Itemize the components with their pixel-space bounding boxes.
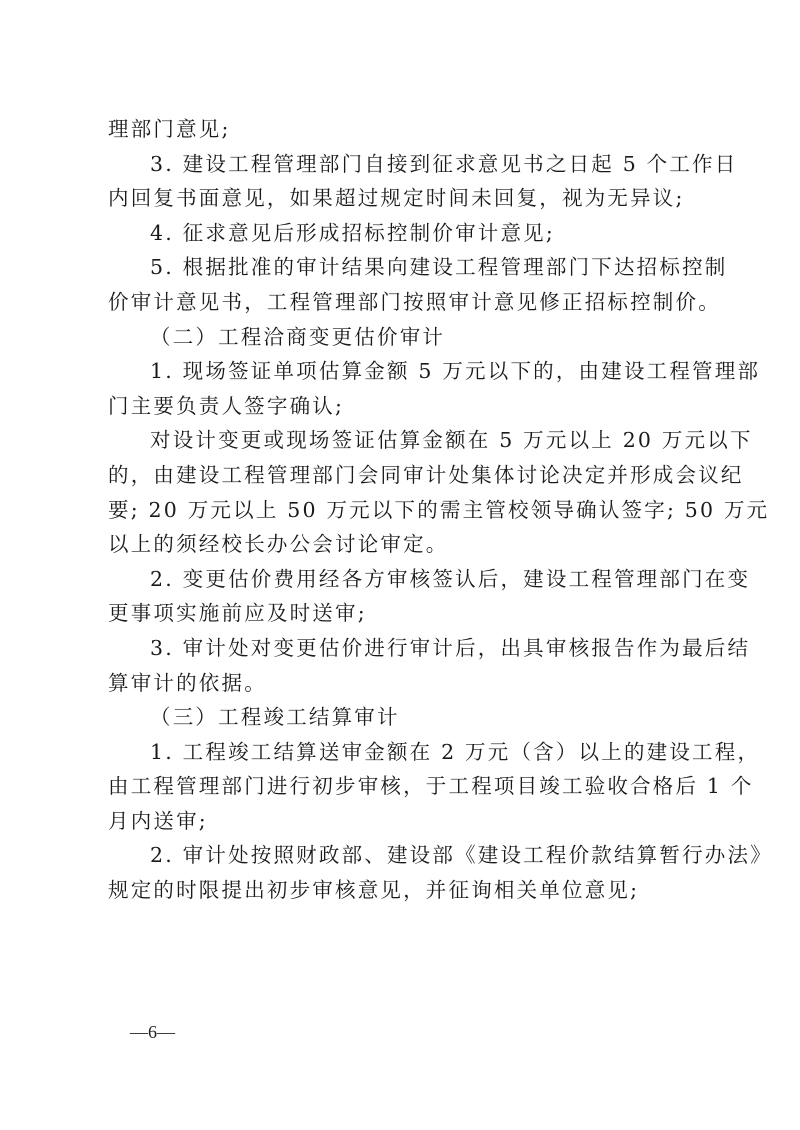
text-line: 2. 变更估价费用经各方审核签认后，建设工程管理部门在变 — [108, 562, 712, 597]
text-line: 的，由建设工程管理部门会同审计处集体讨论决定并形成会议纪 — [108, 458, 712, 493]
text-line: 规定的时限提出初步审核意见，并征询相关单位意见; — [108, 873, 712, 908]
text-line: 更事项实施前应及时送审; — [108, 596, 712, 631]
text-line: 理部门意见; — [108, 112, 712, 147]
section-heading: （三）工程竣工结算审计 — [108, 700, 712, 735]
text-line: 内回复书面意见，如果超过规定时间未回复，视为无异议; — [108, 181, 712, 216]
document-page: 理部门意见; 3. 建设工程管理部门自接到征求意见书之日起 5 个工作日 内回复… — [0, 0, 800, 1130]
text-line: 2. 审计处按照财政部、建设部《建设工程价款结算暂行办法》 — [108, 838, 712, 873]
text-line: 月内送审; — [108, 804, 712, 839]
text-line: 5. 根据批准的审计结果向建设工程管理部门下达招标控制 — [108, 250, 712, 285]
text-line: 3. 建设工程管理部门自接到征求意见书之日起 5 个工作日 — [108, 147, 712, 182]
text-line: 门主要负责人签字确认; — [108, 389, 712, 424]
section-heading: （二）工程洽商变更估价审计 — [108, 320, 712, 355]
text-line: 由工程管理部门进行初步审核，于工程项目竣工验收合格后 1 个 — [108, 769, 712, 804]
text-line: 1. 现场签证单项估算金额 5 万元以下的，由建设工程管理部 — [108, 354, 712, 389]
text-line: 以上的须经校长办公会讨论审定。 — [108, 527, 712, 562]
text-line: 要; 20 万元以上 50 万元以下的需主管校领导确认签字; 50 万元 — [108, 493, 712, 528]
text-line: 1. 工程竣工结算送审金额在 2 万元（含）以上的建设工程， — [108, 735, 712, 770]
page-number: —6— — [130, 1022, 175, 1043]
text-line: 价审计意见书，工程管理部门按照审计意见修正招标控制价。 — [108, 285, 712, 320]
document-body: 理部门意见; 3. 建设工程管理部门自接到征求意见书之日起 5 个工作日 内回复… — [108, 112, 712, 908]
text-line: 算审计的依据。 — [108, 666, 712, 701]
text-line: 3. 审计处对变更估价进行审计后，出具审核报告作为最后结 — [108, 631, 712, 666]
text-line: 4. 征求意见后形成招标控制价审计意见; — [108, 216, 712, 251]
text-line: 对设计变更或现场签证估算金额在 5 万元以上 20 万元以下 — [108, 423, 712, 458]
